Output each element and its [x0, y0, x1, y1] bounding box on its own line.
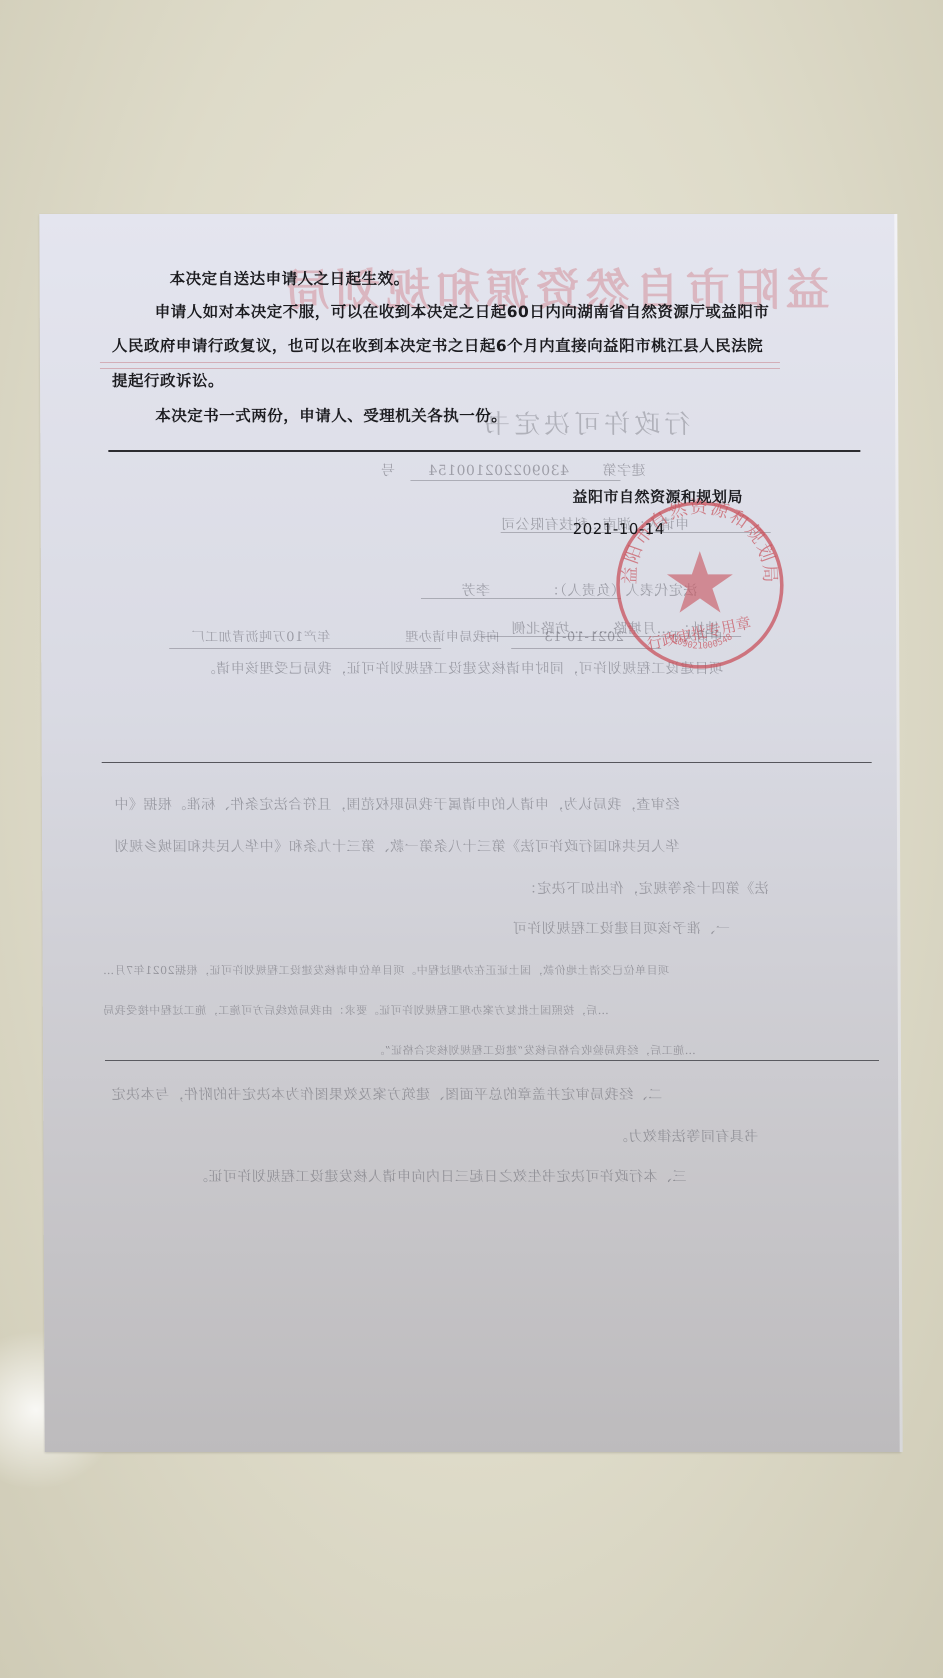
- bleed-apply-project: 年产10万吨沥青加工厂: [191, 630, 330, 645]
- bleed-body-line: …施工后，经我局验收合格后核发“建设工程规划核实合格证”。: [373, 1042, 696, 1058]
- bleed-red-rule: [100, 362, 780, 363]
- bleed-body-line: 法》第四十条等规定，作出如下决定：: [522, 878, 769, 898]
- bleed-body-line: …后，按照国土批复方案办理工程规划许可证。要求：由我局放线后方可施工，施工过程中…: [103, 1002, 609, 1018]
- paragraph-effective: 本决定自送达申请人之日起生效。: [170, 267, 410, 289]
- paragraph-appeal-2: 人民政府申请行政复议，也可以在收到本决定书之日起6个月内直接向益阳市桃江县人民法…: [112, 334, 763, 356]
- bleed-divider: [102, 762, 872, 763]
- paragraph-appeal-3: 提起行政诉讼。: [112, 369, 224, 391]
- bleed-doc-prefix: 建字第: [602, 463, 646, 479]
- bleed-doc-no: 430902202100154: [428, 463, 569, 479]
- issuer-name: 益阳市自然资源和规划局: [572, 486, 743, 507]
- bleed-underline: [169, 648, 441, 649]
- bleed-apply-b: 向我局申请办理: [405, 630, 500, 645]
- seal-star-icon: [667, 551, 733, 612]
- paragraph-appeal-1: 申请人如对本决定不服，可以在收到本决定之日起60日内向湖南省自然资源厅或益阳市: [155, 300, 770, 322]
- bleed-underline: [410, 480, 620, 481]
- bleed-underline: [421, 598, 621, 599]
- signature-divider: [108, 450, 860, 452]
- bleed-title: 行政许可决定书: [480, 404, 690, 441]
- bleed-body-line: 一、准予该项目建设工程规划许可: [512, 918, 730, 938]
- bleed-body-line: 项目单位已交清土地价款，国土证正在办理过程中。项目单位申请核发建设工程规划许可证…: [103, 962, 670, 978]
- bleed-body-line: 经审查，我局认为，申请人的申请属于我局职权范围，且符合法定条件、标准。根据《中: [114, 794, 680, 814]
- bleed-body-line: 二、经我局审定并盖章的总平面图、建筑方案及效果图作为本决定书的附件，与本决定: [111, 1084, 662, 1104]
- bleed-doc-suffix: 号: [380, 463, 395, 479]
- paragraph-copies: 本决定书一式两份，申请人、受理机关各执一份。: [155, 404, 507, 426]
- issue-date: 2021-10-14: [573, 520, 665, 538]
- bleed-legal-rep-value: 李芳: [461, 583, 490, 599]
- bleed-body-line: 三、本行政许可决定书生效之日起三日内向申请人核发建设工程规划许可证。: [193, 1166, 686, 1186]
- document-page: 益阳市自然资源和规划局 行政许可决定书 建字第 430902202100154 …: [39, 214, 900, 1452]
- page-edge: [894, 214, 902, 1452]
- bleed-doc-number: 建字第 430902202100154 号: [380, 460, 645, 480]
- bleed-divider-2: [105, 1060, 879, 1061]
- bleed-body-line: 华人民共和国行政许可法》第三十八条第一款、第三十九条和《中华人民共和国城乡规划: [114, 836, 680, 856]
- bleed-body-line: 书具有同等法律效力。: [613, 1126, 758, 1146]
